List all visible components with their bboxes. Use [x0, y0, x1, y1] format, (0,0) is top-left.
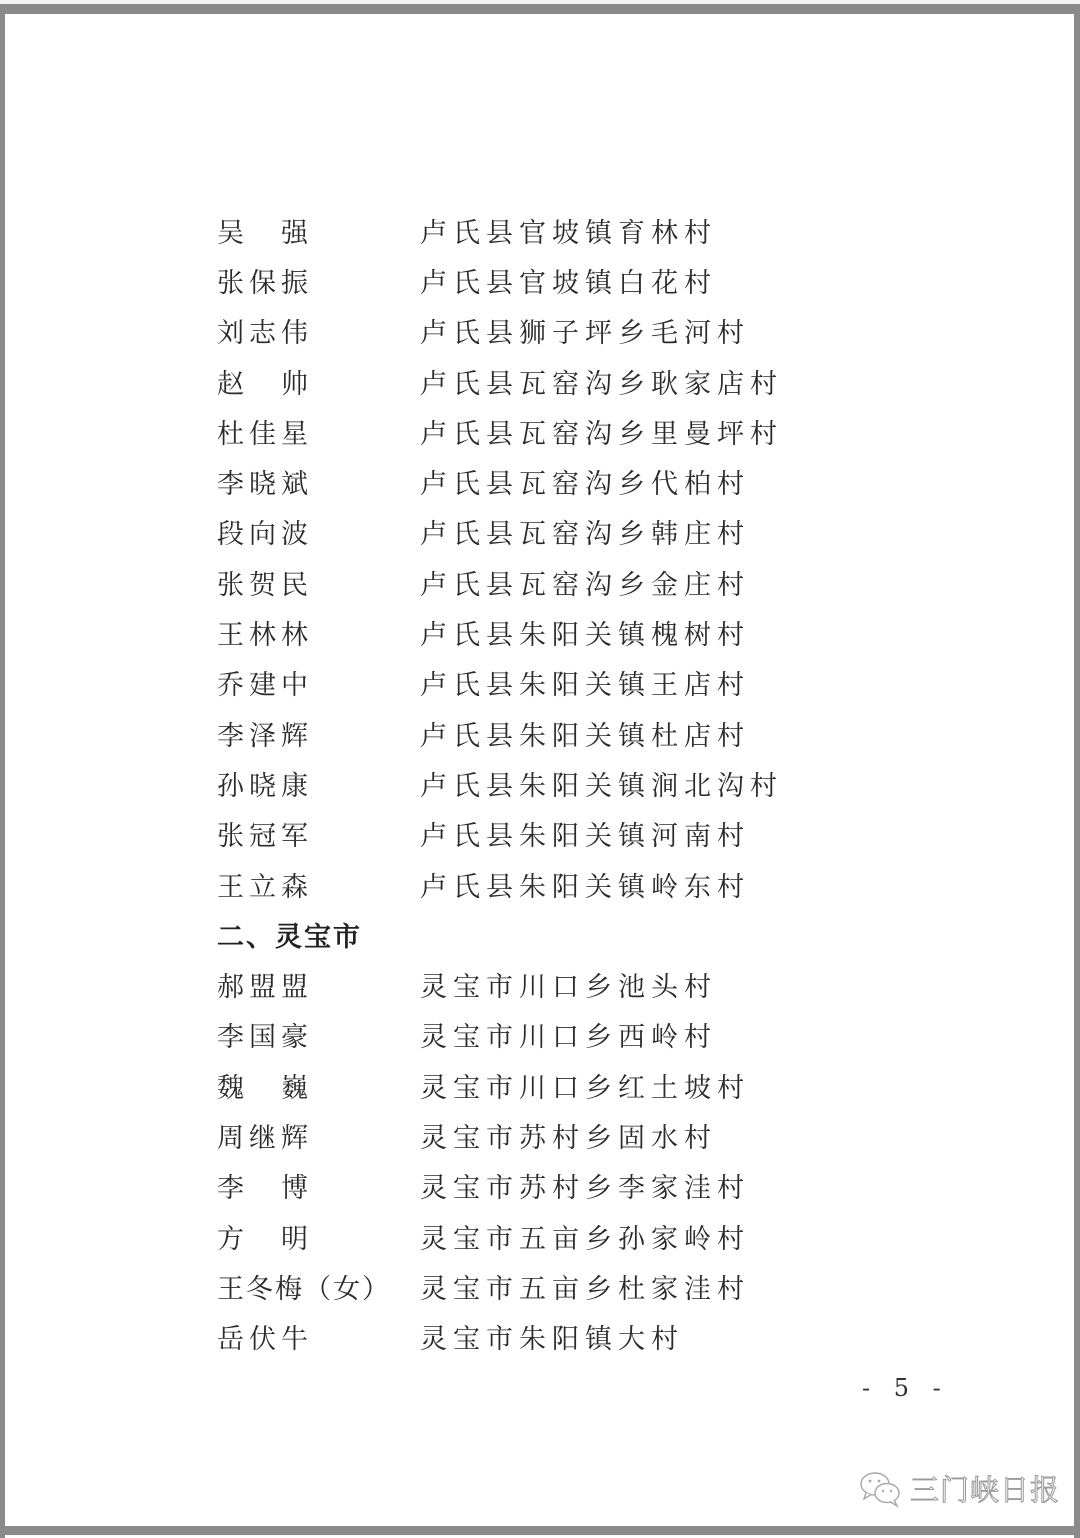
village-location: 灵宝市川口乡池头村 — [420, 965, 717, 1004]
person-name: 李国豪 — [217, 1015, 420, 1054]
list-item: 吴 强卢氏县官坡镇育林村 — [217, 205, 917, 255]
list-item: 郝盟盟灵宝市川口乡池头村 — [217, 959, 917, 1009]
section-heading: 二、灵宝市 — [217, 909, 917, 959]
list-item: 杜佳星卢氏县瓦窑沟乡里曼坪村 — [217, 406, 917, 456]
person-name: 王立森 — [217, 865, 420, 904]
village-location: 卢氏县瓦窑沟乡耿家店村 — [420, 362, 783, 401]
person-name: 杜佳星 — [217, 412, 420, 451]
village-location: 卢氏县瓦窑沟乡里曼坪村 — [420, 412, 783, 451]
page-frame-bottom — [0, 1526, 1080, 1535]
village-location: 卢氏县朱阳关镇槐树村 — [420, 613, 750, 652]
person-name: 王林林 — [217, 613, 420, 652]
village-location: 卢氏县朱阳关镇岭东村 — [420, 865, 750, 904]
watermark: 三门峡日报 — [858, 1468, 1060, 1509]
person-name: 孙晓康 — [217, 764, 420, 803]
village-location: 卢氏县瓦窑沟乡韩庄村 — [420, 512, 750, 551]
page-number: - 5 - — [862, 1374, 949, 1402]
person-name: 李晓斌 — [217, 462, 420, 501]
person-name: 段向波 — [217, 512, 420, 551]
person-name: 乔建中 — [217, 663, 420, 702]
village-location: 灵宝市川口乡西岭村 — [420, 1015, 717, 1054]
person-name: 张冠军 — [217, 814, 420, 853]
name-list: 吴 强卢氏县官坡镇育林村 张保振卢氏县官坡镇白花村 刘志伟卢氏县狮子坪乡毛河村 … — [217, 205, 917, 1362]
person-name: 李 博 — [217, 1166, 420, 1205]
person-name: 张贺民 — [217, 563, 420, 602]
page-frame-left — [0, 4, 5, 1538]
village-location: 卢氏县朱阳关镇河南村 — [420, 814, 750, 853]
person-name: 吴 强 — [217, 211, 420, 250]
list-item: 李国豪灵宝市川口乡西岭村 — [217, 1010, 917, 1060]
list-item: 张贺民卢氏县瓦窑沟乡金庄村 — [217, 557, 917, 607]
village-location: 灵宝市苏村乡固水村 — [420, 1116, 717, 1155]
list-item: 段向波卢氏县瓦窑沟乡韩庄村 — [217, 507, 917, 557]
person-name: 方 明 — [217, 1217, 420, 1256]
list-item: 魏 巍灵宝市川口乡红土坡村 — [217, 1060, 917, 1110]
village-location: 卢氏县瓦窑沟乡金庄村 — [420, 563, 750, 602]
list-item: 王冬梅（女）灵宝市五亩乡杜家洼村 — [217, 1261, 917, 1311]
watermark-text: 三门峡日报 — [910, 1468, 1060, 1509]
village-location: 灵宝市朱阳镇大村 — [420, 1317, 684, 1356]
village-location: 卢氏县朱阳关镇王店村 — [420, 663, 750, 702]
list-item: 周继辉灵宝市苏村乡固水村 — [217, 1110, 917, 1160]
village-location: 卢氏县狮子坪乡毛河村 — [420, 311, 750, 350]
page-frame-right — [1074, 4, 1080, 1538]
person-name: 王冬梅（女） — [217, 1267, 420, 1306]
list-item: 乔建中卢氏县朱阳关镇王店村 — [217, 658, 917, 708]
list-item: 孙晓康卢氏县朱阳关镇涧北沟村 — [217, 758, 917, 808]
village-location: 卢氏县官坡镇育林村 — [420, 211, 717, 250]
list-item: 赵 帅卢氏县瓦窑沟乡耿家店村 — [217, 356, 917, 406]
list-item: 王林林卢氏县朱阳关镇槐树村 — [217, 607, 917, 657]
person-name: 刘志伟 — [217, 311, 420, 350]
village-location: 灵宝市五亩乡孙家岭村 — [420, 1217, 750, 1256]
village-location: 卢氏县朱阳关镇杜店村 — [420, 714, 750, 753]
list-item: 张保振卢氏县官坡镇白花村 — [217, 255, 917, 305]
list-item: 李泽辉卢氏县朱阳关镇杜店村 — [217, 708, 917, 758]
person-name: 张保振 — [217, 261, 420, 300]
list-item: 李 博灵宝市苏村乡李家洼村 — [217, 1161, 917, 1211]
person-name: 郝盟盟 — [217, 965, 420, 1004]
wechat-icon — [858, 1469, 904, 1509]
person-name: 周继辉 — [217, 1116, 420, 1155]
list-item: 刘志伟卢氏县狮子坪乡毛河村 — [217, 306, 917, 356]
village-location: 卢氏县朱阳关镇涧北沟村 — [420, 764, 783, 803]
list-item: 王立森卢氏县朱阳关镇岭东村 — [217, 859, 917, 909]
person-name: 赵 帅 — [217, 362, 420, 401]
village-location: 卢氏县瓦窑沟乡代柏村 — [420, 462, 750, 501]
village-location: 灵宝市川口乡红土坡村 — [420, 1066, 750, 1105]
person-name: 魏 巍 — [217, 1066, 420, 1105]
person-name: 李泽辉 — [217, 714, 420, 753]
page-frame-top — [0, 4, 1080, 14]
list-item: 岳伏牛灵宝市朱阳镇大村 — [217, 1312, 917, 1362]
village-location: 灵宝市苏村乡李家洼村 — [420, 1166, 750, 1205]
list-item: 张冠军卢氏县朱阳关镇河南村 — [217, 809, 917, 859]
list-item: 李晓斌卢氏县瓦窑沟乡代柏村 — [217, 456, 917, 506]
village-location: 卢氏县官坡镇白花村 — [420, 261, 717, 300]
village-location: 灵宝市五亩乡杜家洼村 — [420, 1267, 750, 1306]
list-item: 方 明灵宝市五亩乡孙家岭村 — [217, 1211, 917, 1261]
person-name: 岳伏牛 — [217, 1317, 420, 1356]
